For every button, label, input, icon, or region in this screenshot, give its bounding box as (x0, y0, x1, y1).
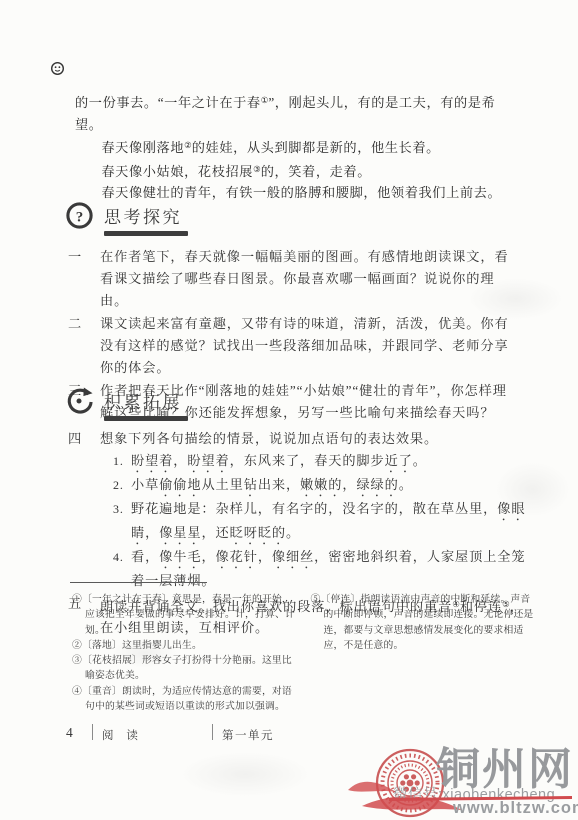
item-number: 3. (113, 500, 131, 548)
svg-text:?: ? (76, 209, 83, 225)
exercise-lead: 想象下列各句描绘的情景，说说加点语句的表达效果。 (100, 428, 526, 449)
question-row: 一 在作者笔下，春天就像一幅幅美丽的图画。有感情地朗读课文，看看课文描绘了哪些春… (68, 246, 520, 312)
item-number: 4. (113, 548, 131, 590)
item-text: 小草偷偷地从土里钻出来，嫩嫩的，绿绿的。 (131, 476, 526, 500)
section-underline (104, 416, 188, 421)
section-title: 积累拓展 (104, 388, 188, 413)
item-text: 野花遍地是：杂样儿，有名字的，没名字的，散在草丛里，像眼睛，像星星，还眨呀眨的。 (131, 500, 526, 548)
footer-divider (212, 724, 213, 740)
footnote-separator (70, 582, 207, 583)
cycle-arrow-icon (65, 386, 94, 415)
exercise-item: 1. 盼望着，盼望着，东风来了，春天的脚步近了。 (113, 452, 526, 476)
lead-paragraph: 春天像刚落地②的娃娃，从头到脚都是新的，他生长着。 (75, 135, 513, 159)
item-number: 1. (113, 452, 131, 476)
lead-paragraph: 的一份事去。“一年之计在于春①”，刚起头儿，有的是工夫，有的是希望。 (75, 90, 513, 135)
page-number: 4 (66, 725, 73, 741)
section-header-accumulate: 积累拓展 (65, 386, 188, 421)
footer-section-label: 阅 读 (102, 727, 143, 743)
section-title: 思考探究 (104, 203, 188, 228)
question-text: 课文读起来富有童趣，又带有诗的味道，清新，活泼，优美。你有没有这样的感觉？试找出… (100, 313, 520, 379)
footnotes: ①〔一年之计在于春〕意思是，春是一年的开始，应该把全年要做的事尽早安排好。计，打… (72, 592, 534, 719)
scan-blotch (180, 752, 310, 797)
textbook-page: 的一份事去。“一年之计在于春①”，刚起头儿，有的是工夫，有的是希望。 春天像刚落… (0, 0, 578, 820)
footnote: ④〔重音〕朗读时，为适应传情达意的需要，对语句中的某些词或短语以重读的形式加以强… (72, 684, 296, 715)
exercise-item: 3. 野花遍地是：杂样儿，有名字的，没名字的，散在草丛里，像眼睛，像星星，还眨呀… (113, 500, 526, 548)
question-row: 二 课文读起来富有童趣，又带有诗的味道，清新，活泼，优美。你有没有这样的感觉？试… (68, 313, 520, 379)
question-circle-icon: ? (65, 201, 94, 230)
item-text: 看，像牛毛，像花针，像细丝，密密地斜织着，人家屋顶上全笼着一层薄烟。 (131, 548, 526, 590)
watermark-url: www.bltzw.com (453, 799, 578, 818)
footnote: ⑤〔停连〕指朗读语流中声音的中断和延续。声音的中断即停顿，声音的延续即连接。无论… (311, 592, 535, 653)
question-number: 二 (68, 313, 100, 379)
page-footer: 4 阅 读 第一单元 (0, 724, 578, 744)
question-number: 四 (68, 428, 100, 449)
question-row: 四 想象下列各句描绘的情景，说说加点语句的表达效果。 (68, 428, 526, 449)
footnote: ①〔一年之计在于春〕意思是，春是一年的开始，应该把全年要做的事尽早安排好。计，打… (72, 592, 296, 638)
item-number: 2. (113, 476, 131, 500)
exercise-item: 2. 小草偷偷地从土里钻出来，嫩嫩的，绿绿的。 (113, 476, 526, 500)
lead-paragraph: 春天像小姑娘，花枝招展③的，笑着，走着。 (75, 159, 513, 183)
section-underline (104, 231, 188, 236)
footer-unit-label: 第一单元 (222, 727, 274, 743)
exercise-items: 1. 盼望着，盼望着，东风来了，春天的脚步近了。 2. 小草偷偷地从土里钻出来，… (113, 452, 526, 590)
footnote: ③〔花枝招展〕形容女子打扮得十分艳丽。这里比喻姿态优美。 (72, 653, 296, 684)
footer-divider (92, 724, 93, 740)
smiley-circle-icon (50, 61, 65, 76)
item-text: 盼望着，盼望着，东风来了，春天的脚步近了。 (131, 452, 526, 476)
question-number: 一 (68, 246, 100, 312)
section-header-think: ? 思考探究 (65, 201, 188, 236)
footnote: ②〔落地〕这里指婴儿出生。 (72, 638, 296, 653)
lead-paragraphs: 的一份事去。“一年之计在于春①”，刚起头儿，有的是工夫，有的是希望。 春天像刚落… (75, 90, 513, 204)
exercise-item: 4. 看，像牛毛，像花针，像细丝，密密地斜织着，人家屋顶上全笼着一层薄烟。 (113, 548, 526, 590)
question-text: 在作者笔下，春天就像一幅幅美丽的图画。有感情地朗读课文，看看课文描绘了哪些春日图… (100, 246, 520, 312)
